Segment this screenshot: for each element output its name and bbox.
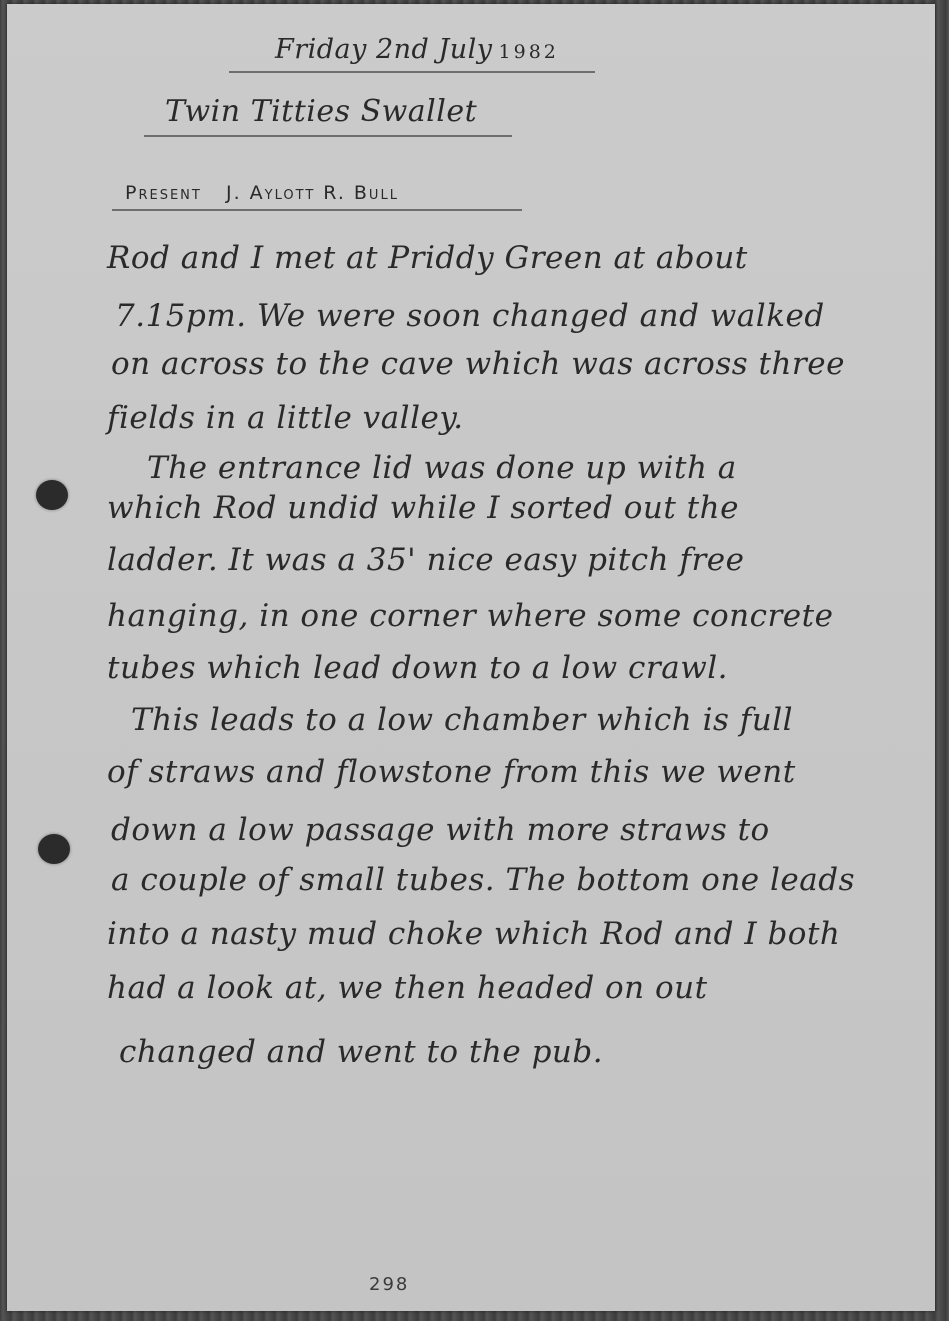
body-line: which Rod undid while I sorted out the (107, 490, 739, 526)
body-line: fields in a little valley. (107, 400, 464, 436)
present-label: Present (125, 182, 202, 204)
present-names: J. Aylott R. Bull (226, 182, 399, 204)
page-number: 298 (369, 1274, 409, 1295)
body-line: ladder. It was a 35' nice easy pitch fre… (107, 542, 744, 578)
present-underline (112, 209, 522, 211)
body-line: of straws and flowstone from this we wen… (107, 754, 796, 790)
entry-date-day: Friday 2nd July (275, 34, 493, 65)
punch-hole-upper (36, 480, 68, 510)
body-line: on across to the cave which was across t… (111, 346, 845, 382)
body-line: changed and went to the pub. (119, 1034, 603, 1070)
body-line: a couple of small tubes. The bottom one … (111, 862, 855, 898)
present-line: Present J. Aylott R. Bull (125, 182, 399, 204)
body-line: had a look at, we then headed on out (107, 970, 708, 1006)
body-line: This leads to a low chamber which is ful… (131, 702, 793, 738)
body-line: into a nasty mud choke which Rod and I b… (107, 916, 840, 952)
body-line: down a low passage with more straws to (111, 812, 770, 848)
entry-date-year: 1982 (499, 41, 559, 63)
entry-date: Friday 2nd July1982 (275, 34, 559, 65)
logbook-page: Friday 2nd July1982 Twin Titties Swallet… (7, 4, 935, 1311)
body-line: Rod and I met at Priddy Green at about (107, 240, 748, 276)
body-line: The entrance lid was done up with a (147, 450, 737, 486)
body-line: hanging, in one corner where some concre… (107, 598, 833, 634)
cave-name-underline (144, 135, 512, 137)
body-line: tubes which lead down to a low crawl. (107, 650, 728, 686)
cave-name: Twin Titties Swallet (165, 94, 477, 129)
date-underline (229, 71, 595, 73)
punch-hole-lower (38, 834, 70, 864)
body-line: 7.15pm. We were soon changed and walked (115, 298, 825, 334)
